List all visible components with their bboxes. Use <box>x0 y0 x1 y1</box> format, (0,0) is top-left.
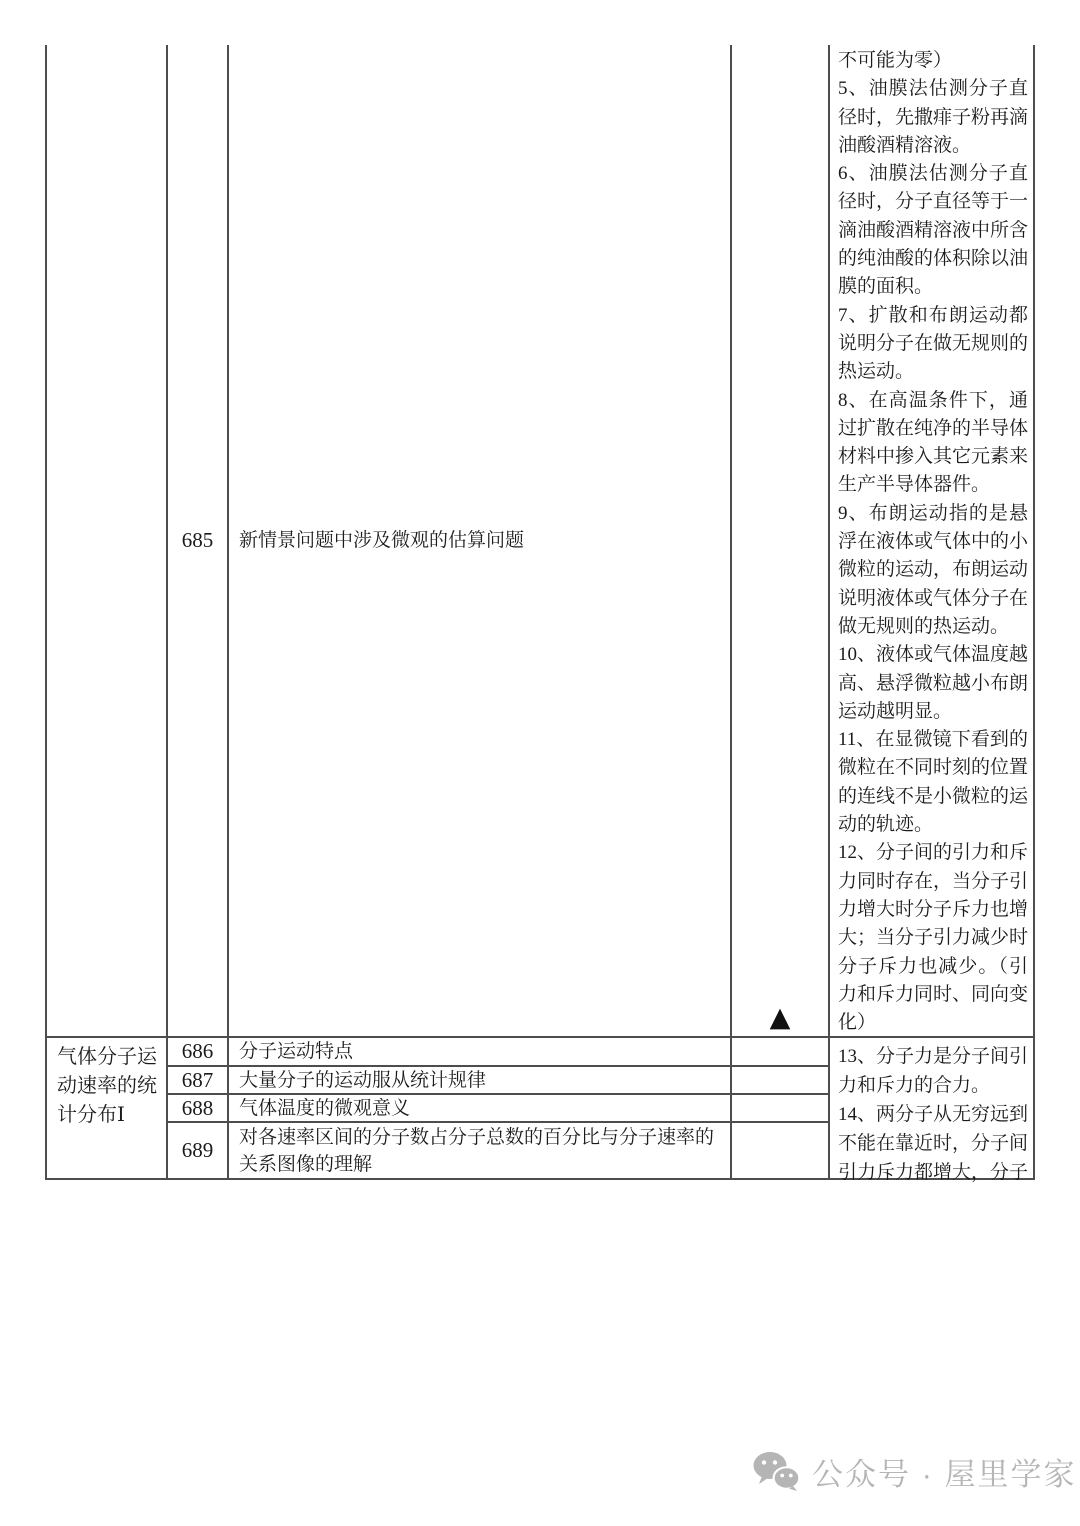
empty-cell <box>732 1038 830 1067</box>
topic-cell: 气体温度的微观意义 <box>229 1095 732 1123</box>
triangle-marker-icon: ▲ <box>770 1004 791 1031</box>
item-number: 688 <box>182 1096 214 1121</box>
item-number: 686 <box>182 1039 214 1064</box>
topic-cell: 大量分子的运动服从统计规律 <box>229 1067 732 1095</box>
note-item: 12、分子间的引力和斥力同时存在，当分子引力增大时分子斥力也增大；当分子引力减少… <box>838 839 1028 1037</box>
notes-cell: 13、分子力是分子间引力和斥力的合力。 14、两分子从无穷远到不能在靠近时，分子… <box>830 1038 1035 1180</box>
knowledge-points-table: 685 新情景问题中涉及微观的估算问题 ▲ 不可能为零） 5、油膜法估测分子直径… <box>45 45 1035 1182</box>
note-continuation: 不可能为零） <box>838 47 1028 75</box>
empty-cell <box>732 1067 830 1095</box>
topic-text: 气体温度的微观意义 <box>239 1095 410 1122</box>
item-number: 687 <box>182 1068 214 1093</box>
item-number-cell: 688 <box>168 1095 229 1123</box>
note-item: 7、扩散和布朗运动都说明分子在做无规则的热运动。 <box>838 302 1028 387</box>
watermark-text: 公众号 · 屋里学家 <box>812 1449 1077 1494</box>
note-item: 5、油膜法估测分子直径时，先撒痱子粉再滴油酸酒精溶液。 <box>838 75 1028 160</box>
category-cell-empty <box>45 45 168 1038</box>
wechat-icon <box>752 1451 801 1491</box>
topic-text: 大量分子的运动服从统计规律 <box>239 1067 486 1094</box>
empty-cell <box>732 1123 830 1180</box>
item-number-cell: 689 <box>168 1123 229 1180</box>
item-number: 685 <box>182 528 214 553</box>
item-number-cell: 686 <box>168 1038 229 1067</box>
note-item: 11、在显微镜下看到的微粒在不同时刻的位置的连线不是小微粒的运动的轨迹。 <box>838 726 1028 839</box>
topic-cell: 分子运动特点 <box>229 1038 732 1067</box>
note-item: 8、在高温条件下，通过扩散在纯净的半导体材料中掺入其它元素来生产半导体器件。 <box>838 387 1028 500</box>
empty-cell <box>732 1095 830 1123</box>
note-item: 9、布朗运动指的是悬浮在液体或气体中的小微粒的运动，布朗运动说明液体或气体分子在… <box>838 500 1028 641</box>
notes-cell: 不可能为零） 5、油膜法估测分子直径时，先撒痱子粉再滴油酸酒精溶液。 6、油膜法… <box>830 45 1035 1038</box>
marker-cell: ▲ <box>732 45 830 1038</box>
topic-text: 对各速率区间的分子数占分子总数的百分比与分子速率的关系图像的理解 <box>239 1124 724 1178</box>
note-item: 6、油膜法估测分子直径时，分子直径等于一滴油酸酒精溶液中所含的纯油酸的体积除以油… <box>838 160 1028 301</box>
item-number-cell: 685 <box>168 45 229 1038</box>
note-item: 10、液体或气体温度越高、悬浮微粒越小布朗运动越明显。 <box>838 641 1028 726</box>
topic-text: 新情景问题中涉及微观的估算问题 <box>239 527 524 554</box>
wechat-watermark: 公众号 · 屋里学家 <box>752 1446 1077 1496</box>
topic-cell: 对各速率区间的分子数占分子总数的百分比与分子速率的关系图像的理解 <box>229 1123 732 1180</box>
category-cell: 气体分子运动速率的统计分布Ⅰ <box>45 1038 168 1180</box>
item-number-cell: 687 <box>168 1067 229 1095</box>
note-item: 14、两分子从无穷远到不能在靠近时，分子间引力斥力都增大，分子 <box>838 1100 1028 1187</box>
category-text: 气体分子运动速率的统计分布Ⅰ <box>57 1046 157 1126</box>
topic-text: 分子运动特点 <box>239 1038 353 1065</box>
item-number: 689 <box>182 1138 214 1163</box>
note-item: 13、分子力是分子间引力和斥力的合力。 <box>838 1042 1028 1100</box>
topic-cell: 新情景问题中涉及微观的估算问题 <box>229 45 732 1038</box>
